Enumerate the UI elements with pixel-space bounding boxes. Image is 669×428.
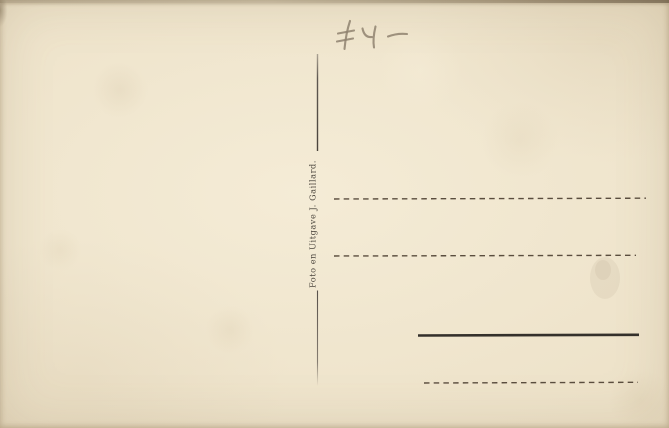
handwritten-price-note: ₤4— [337,21,407,49]
message-solid-line [418,335,639,336]
address-dashed-line-3 [424,382,638,383]
publisher-imprint-text: Foto en Uitgave J. Gaillard. [308,160,318,288]
paper-stain [590,257,620,299]
postcard-markings: Foto en Uitgave J. Gaillard. ₤4— [0,0,669,428]
postcard-back: Foto en Uitgave J. Gaillard. ₤4— [0,0,669,428]
address-dashed-line-1 [334,198,646,199]
address-dashed-line-2 [334,255,636,256]
